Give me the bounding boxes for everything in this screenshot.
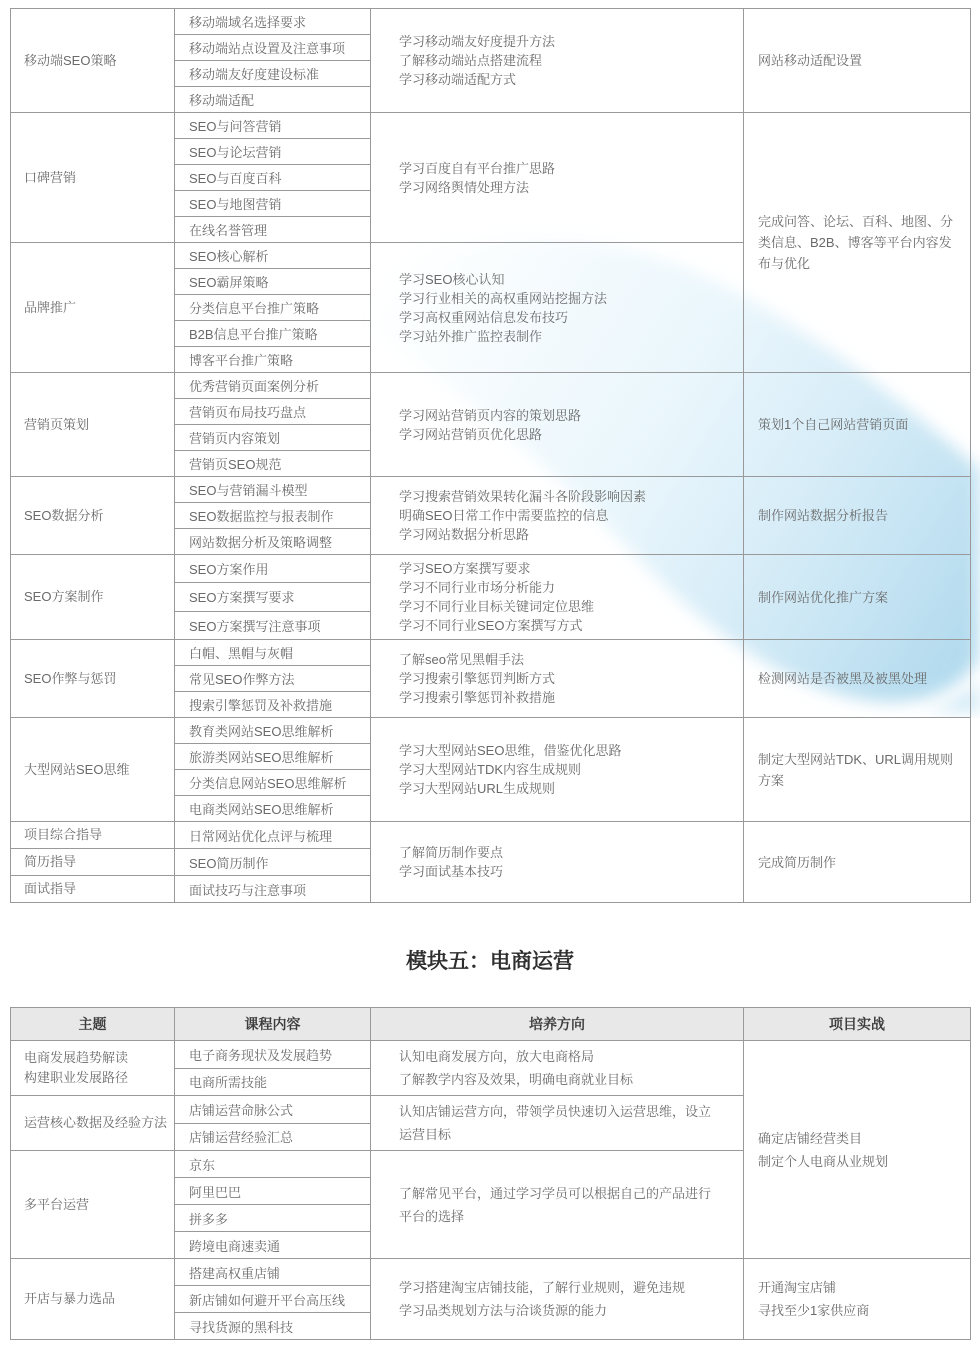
content-cell: 博客平台推广策略 xyxy=(175,347,371,373)
text-line: SEO数据分析 xyxy=(24,506,168,526)
text-line: 学习搜索引擎惩罚补救措施 xyxy=(399,688,719,707)
content-cell: 日常网站优化点评与梳理 xyxy=(175,822,371,849)
module-title: 模块五：电商运营 xyxy=(0,948,980,976)
content-cell: 电商所需技能 xyxy=(175,1068,371,1096)
direction-cell: 了解简历制作要点学习面试基本技巧 xyxy=(371,822,744,903)
topic-cell: 口碑营销 xyxy=(11,113,175,243)
content-cell: 白帽、黑帽与灰帽 xyxy=(175,640,371,666)
content-cell: 优秀营销页面案例分析 xyxy=(175,373,371,399)
text-line: SEO作弊与惩罚 xyxy=(24,669,168,689)
text-line: 移动端SEO策略 xyxy=(24,51,168,71)
text-line: 面试指导 xyxy=(24,879,168,899)
content-cell: 移动端友好度建设标准 xyxy=(175,61,371,87)
content-cell: 分类信息网站SEO思维解析 xyxy=(175,770,371,796)
content-cell: SEO与营销漏斗模型 xyxy=(175,477,371,503)
topic-cell: 简历指导 xyxy=(11,849,175,876)
course-syllabus-page: 移动端SEO策略移动端域名选择要求学习移动端友好度提升方法了解移动端站点搭建流程… xyxy=(0,0,980,1345)
text-line: 大型网站SEO思维 xyxy=(24,760,168,780)
table-row: 营销页策划优秀营销页面案例分析学习网站营销页内容的策划思路学习网站营销页优化思路… xyxy=(11,373,971,399)
project-cell: 制定大型网站TDK、URL调用规则方案 xyxy=(744,718,971,822)
content-cell: 教育类网站SEO思维解析 xyxy=(175,718,371,744)
content-cell: 阿里巴巴 xyxy=(175,1178,371,1205)
topic-cell: 移动端SEO策略 xyxy=(11,9,175,113)
text-line: 寻找至少1家供应商 xyxy=(758,1299,958,1322)
text-line: 认知电商发展方向，放大电商格局 xyxy=(399,1045,719,1068)
text-line: 学习大型网站SEO思维，借鉴优化思路 xyxy=(399,741,719,760)
text-line: 了解移动端站点搭建流程 xyxy=(399,51,719,70)
content-cell: 旅游类网站SEO思维解析 xyxy=(175,744,371,770)
header-cell-content: 课程内容 xyxy=(175,1008,371,1041)
content-cell: SEO霸屏策略 xyxy=(175,269,371,295)
text-line: 检测网站是否被黑及被黑处理 xyxy=(758,668,958,689)
content-cell: 搭建高权重店铺 xyxy=(175,1259,371,1286)
project-cell: 完成问答、论坛、百科、地图、分类信息、B2B、博客等平台内容发布与优化 xyxy=(744,113,971,373)
direction-cell: 学习SEO核心认知学习行业相关的高权重网站挖掘方法学习高权重网站信息发布技巧学习… xyxy=(371,243,744,373)
content-cell: SEO方案作用 xyxy=(175,555,371,583)
topic-cell: 运营核心数据及经验方法 xyxy=(11,1096,175,1151)
text-line: 制定大型网站TDK、URL调用规则方案 xyxy=(758,749,958,791)
content-cell: 店铺运营经验汇总 xyxy=(175,1123,371,1151)
topic-cell: 大型网站SEO思维 xyxy=(11,718,175,822)
text-line: 学习站外推广监控表制作 xyxy=(399,327,719,346)
project-cell: 制作网站数据分析报告 xyxy=(744,477,971,555)
content-cell: 店铺运营命脉公式 xyxy=(175,1096,371,1124)
text-line: 网站移动适配设置 xyxy=(758,50,958,71)
content-cell: 跨境电商速卖通 xyxy=(175,1232,371,1259)
direction-cell: 学习SEO方案撰写要求学习不同行业市场分析能力学习不同行业目标关键词定位思维学习… xyxy=(371,555,744,640)
table-row: SEO方案制作SEO方案作用学习SEO方案撰写要求学习不同行业市场分析能力学习不… xyxy=(11,555,971,583)
content-cell: 拼多多 xyxy=(175,1205,371,1232)
text-line: 认知店铺运营方向，带领学员快速切入运营思维，设立运营目标 xyxy=(399,1100,719,1146)
content-cell: SEO与地图营销 xyxy=(175,191,371,217)
topic-cell: SEO方案制作 xyxy=(11,555,175,640)
text-line: 开店与暴力选品 xyxy=(24,1289,168,1309)
table-row: SEO作弊与惩罚白帽、黑帽与灰帽了解seo常见黑帽手法学习搜索引擎惩罚判断方式学… xyxy=(11,640,971,666)
table-row: 项目综合指导日常网站优化点评与梳理了解简历制作要点学习面试基本技巧完成简历制作 xyxy=(11,822,971,849)
topic-cell: 多平台运营 xyxy=(11,1151,175,1259)
text-line: 项目综合指导 xyxy=(24,825,168,845)
text-line: 确定店铺经营类目 xyxy=(758,1127,958,1150)
text-line: 学习搜索引擎惩罚判断方式 xyxy=(399,669,719,688)
content-cell: 移动端适配 xyxy=(175,87,371,113)
content-cell: 分类信息平台推广策略 xyxy=(175,295,371,321)
text-line: 学习网络舆情处理方法 xyxy=(399,178,719,197)
content-cell: SEO方案撰写要求 xyxy=(175,583,371,611)
text-line: 学习移动端友好度提升方法 xyxy=(399,32,719,51)
text-line: 学习移动端适配方式 xyxy=(399,70,719,89)
text-line: 学习搜索营销效果转化漏斗各阶段影响因素 xyxy=(399,487,719,506)
topic-cell: 项目综合指导 xyxy=(11,822,175,849)
project-cell: 完成简历制作 xyxy=(744,822,971,903)
text-line: 学习不同行业市场分析能力 xyxy=(399,578,719,597)
text-line: 学习SEO核心认知 xyxy=(399,270,719,289)
content-cell: SEO简历制作 xyxy=(175,849,371,876)
direction-cell: 了解常见平台，通过学习学员可以根据自己的产品进行平台的选择 xyxy=(371,1151,744,1259)
text-line: 简历指导 xyxy=(24,852,168,872)
content-cell: 在线名誉管理 xyxy=(175,217,371,243)
content-cell: 京东 xyxy=(175,1151,371,1178)
content-cell: SEO核心解析 xyxy=(175,243,371,269)
project-cell: 网站移动适配设置 xyxy=(744,9,971,113)
direction-cell: 学习搭建淘宝店铺技能，了解行业规则，避免违规学习品类规划方法与洽谈货源的能力 xyxy=(371,1259,744,1340)
topic-cell: 品牌推广 xyxy=(11,243,175,373)
text-line: 学习网站营销页优化思路 xyxy=(399,425,719,444)
content-cell: 面试技巧与注意事项 xyxy=(175,876,371,903)
project-cell: 检测网站是否被黑及被黑处理 xyxy=(744,640,971,718)
content-cell: 移动端站点设置及注意事项 xyxy=(175,35,371,61)
content-cell: SEO与百度百科 xyxy=(175,165,371,191)
topic-cell: 开店与暴力选品 xyxy=(11,1259,175,1340)
direction-cell: 认知电商发展方向，放大电商格局了解教学内容及效果，明确电商就业目标 xyxy=(371,1041,744,1096)
text-line: 运营核心数据及经验方法 xyxy=(24,1113,168,1133)
text-line: 明确SEO日常工作中需要监控的信息 xyxy=(399,506,719,525)
table-row: 口碑营销SEO与问答营销学习百度自有平台推广思路学习网络舆情处理方法完成问答、论… xyxy=(11,113,971,139)
topic-cell: 面试指导 xyxy=(11,876,175,903)
text-line: 构建职业发展路径 xyxy=(24,1068,168,1088)
text-line: 学习SEO方案撰写要求 xyxy=(399,559,719,578)
topic-cell: 电商发展趋势解读构建职业发展路径 xyxy=(11,1041,175,1096)
direction-cell: 了解seo常见黑帽手法学习搜索引擎惩罚判断方式学习搜索引擎惩罚补救措施 xyxy=(371,640,744,718)
content-cell: 营销页布局技巧盘点 xyxy=(175,399,371,425)
direction-cell: 学习搜索营销效果转化漏斗各阶段影响因素明确SEO日常工作中需要监控的信息学习网站… xyxy=(371,477,744,555)
text-line: 学习网站数据分析思路 xyxy=(399,525,719,544)
direction-cell: 学习网站营销页内容的策划思路学习网站营销页优化思路 xyxy=(371,373,744,477)
topic-cell: SEO数据分析 xyxy=(11,477,175,555)
content-cell: 营销页SEO规范 xyxy=(175,451,371,477)
content-cell: 营销页内容策划 xyxy=(175,425,371,451)
text-line: 策划1个自己网站营销页面 xyxy=(758,414,958,435)
text-line: 学习不同行业SEO方案撰写方式 xyxy=(399,616,719,635)
project-cell: 确定店铺经营类目制定个人电商从业规划 xyxy=(744,1041,971,1259)
topic-cell: 营销页策划 xyxy=(11,373,175,477)
text-line: SEO方案制作 xyxy=(24,587,168,607)
seo-module-table-body: 移动端SEO策略移动端域名选择要求学习移动端友好度提升方法了解移动端站点搭建流程… xyxy=(11,9,971,903)
table-row: 电商发展趋势解读构建职业发展路径电子商务现状及发展趋势认知电商发展方向，放大电商… xyxy=(11,1041,971,1069)
content-cell: 搜索引擎惩罚及补救措施 xyxy=(175,692,371,718)
text-line: 多平台运营 xyxy=(24,1195,168,1215)
text-line: 学习行业相关的高权重网站挖掘方法 xyxy=(399,289,719,308)
text-line: 完成简历制作 xyxy=(758,852,958,873)
text-line: 电商发展趋势解读 xyxy=(24,1048,168,1068)
content-cell: SEO与问答营销 xyxy=(175,113,371,139)
header-row: 主题 课程内容 培养方向 项目实战 xyxy=(11,1008,971,1041)
direction-cell: 学习移动端友好度提升方法了解移动端站点搭建流程学习移动端适配方式 xyxy=(371,9,744,113)
seo-module-table: 移动端SEO策略移动端域名选择要求学习移动端友好度提升方法了解移动端站点搭建流程… xyxy=(10,8,971,903)
content-cell: 电商类网站SEO思维解析 xyxy=(175,796,371,822)
text-line: 品牌推广 xyxy=(24,298,168,318)
header-cell-topic: 主题 xyxy=(11,1008,175,1041)
text-line: 了解教学内容及效果，明确电商就业目标 xyxy=(399,1068,719,1091)
text-line: 学习高权重网站信息发布技巧 xyxy=(399,308,719,327)
content-cell: SEO与论坛营销 xyxy=(175,139,371,165)
text-line: 营销页策划 xyxy=(24,415,168,435)
ecommerce-table-header: 主题 课程内容 培养方向 项目实战 xyxy=(11,1008,971,1041)
text-line: 制作网站数据分析报告 xyxy=(758,505,958,526)
table-row: 开店与暴力选品搭建高权重店铺学习搭建淘宝店铺技能，了解行业规则，避免违规学习品类… xyxy=(11,1259,971,1286)
header-cell-direction: 培养方向 xyxy=(371,1008,744,1041)
text-line: 学习大型网站TDK内容生成规则 xyxy=(399,760,719,779)
direction-cell: 认知店铺运营方向，带领学员快速切入运营思维，设立运营目标 xyxy=(371,1096,744,1151)
text-line: 学习大型网站URL生成规则 xyxy=(399,779,719,798)
content-cell: SEO方案撰写注意事项 xyxy=(175,611,371,639)
content-cell: SEO数据监控与报表制作 xyxy=(175,503,371,529)
content-cell: 移动端域名选择要求 xyxy=(175,9,371,35)
text-line: 完成问答、论坛、百科、地图、分类信息、B2B、博客等平台内容发布与优化 xyxy=(758,211,958,274)
text-line: 制作网站优化推广方案 xyxy=(758,587,958,608)
text-line: 学习不同行业目标关键词定位思维 xyxy=(399,597,719,616)
project-cell: 制作网站优化推广方案 xyxy=(744,555,971,640)
table-row: SEO数据分析SEO与营销漏斗模型学习搜索营销效果转化漏斗各阶段影响因素明确SE… xyxy=(11,477,971,503)
ecommerce-module-table: 主题 课程内容 培养方向 项目实战 电商发展趋势解读构建职业发展路径电子商务现状… xyxy=(10,1007,971,1340)
text-line: 开通淘宝店铺 xyxy=(758,1276,958,1299)
text-line: 了解常见平台，通过学习学员可以根据自己的产品进行平台的选择 xyxy=(399,1182,719,1228)
direction-cell: 学习大型网站SEO思维，借鉴优化思路学习大型网站TDK内容生成规则学习大型网站U… xyxy=(371,718,744,822)
text-line: 学习搭建淘宝店铺技能，了解行业规则，避免违规 xyxy=(399,1276,719,1299)
text-line: 学习品类规划方法与洽谈货源的能力 xyxy=(399,1299,719,1322)
table-row: 移动端SEO策略移动端域名选择要求学习移动端友好度提升方法了解移动端站点搭建流程… xyxy=(11,9,971,35)
text-line: 学习网站营销页内容的策划思路 xyxy=(399,406,719,425)
content-cell: B2B信息平台推广策略 xyxy=(175,321,371,347)
text-line: 了解简历制作要点 xyxy=(399,843,719,862)
text-line: 了解seo常见黑帽手法 xyxy=(399,650,719,669)
header-cell-project: 项目实战 xyxy=(744,1008,971,1041)
content-cell: 网站数据分析及策略调整 xyxy=(175,529,371,555)
content-cell: 电子商务现状及发展趋势 xyxy=(175,1041,371,1069)
table-row: 大型网站SEO思维教育类网站SEO思维解析学习大型网站SEO思维，借鉴优化思路学… xyxy=(11,718,971,744)
ecommerce-table-body: 电商发展趋势解读构建职业发展路径电子商务现状及发展趋势认知电商发展方向，放大电商… xyxy=(11,1041,971,1340)
text-line: 口碑营销 xyxy=(24,168,168,188)
content-cell: 常见SEO作弊方法 xyxy=(175,666,371,692)
project-cell: 开通淘宝店铺寻找至少1家供应商 xyxy=(744,1259,971,1340)
project-cell: 策划1个自己网站营销页面 xyxy=(744,373,971,477)
text-line: 学习百度自有平台推广思路 xyxy=(399,159,719,178)
direction-cell: 学习百度自有平台推广思路学习网络舆情处理方法 xyxy=(371,113,744,243)
topic-cell: SEO作弊与惩罚 xyxy=(11,640,175,718)
content-cell: 新店铺如何避开平台高压线 xyxy=(175,1286,371,1313)
content-cell: 寻找货源的黑科技 xyxy=(175,1313,371,1340)
text-line: 制定个人电商从业规划 xyxy=(758,1150,958,1173)
text-line: 学习面试基本技巧 xyxy=(399,862,719,881)
